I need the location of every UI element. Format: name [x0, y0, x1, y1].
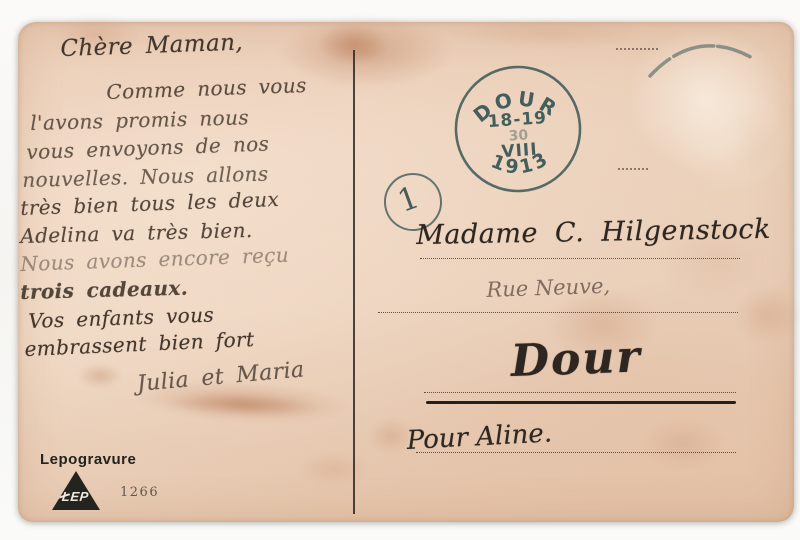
address-dotted-line [424, 392, 736, 393]
stain-blob [448, 18, 648, 48]
address-dotted-line [416, 452, 736, 453]
address-city: Dour [510, 331, 642, 387]
address-dotted-line [420, 258, 740, 259]
postmark-dour: DOUR 18-19 30 VIII 1913 [448, 59, 589, 200]
message-line: Comme nous vous [106, 73, 307, 104]
message-line: Adelina va très bien. [20, 218, 253, 248]
address-recipient: Madame C. Hilgenstock [416, 214, 771, 251]
card-number: 1266 [120, 485, 159, 500]
address-note: Pour Aline. [406, 418, 553, 456]
message-line: Nous avons encore reçu [20, 243, 289, 276]
postcard: Chère Maman, Comme nous vous l'avons pro… [18, 22, 794, 522]
message-line: Vos enfants vous [28, 303, 214, 333]
stamp-box-dotted-fragment [616, 48, 658, 50]
address-dotted-line [378, 312, 738, 313]
lep-triangle-logo-icon: LEP [52, 471, 100, 510]
message-line: nouvelles. Nous allons [22, 162, 269, 192]
message-line: trois cadeaux. [20, 276, 188, 304]
stain-blob [298, 452, 370, 486]
stamp-box-dotted-fragment [618, 168, 648, 170]
scan-background: Chère Maman, Comme nous vous l'avons pro… [0, 0, 800, 540]
message-line: embrassent bien fort [24, 327, 255, 361]
stain-blob [78, 364, 122, 388]
message-line: très bien tous les deux [20, 187, 279, 220]
message-line: l'avons promis nous [30, 105, 249, 135]
message-line: vous envoyons de nos [26, 132, 270, 164]
lep-logo-text: LEP [61, 489, 89, 504]
address-street: Rue Neuve, [486, 274, 610, 302]
control-mark-number: 1 [393, 179, 424, 220]
message-greeting: Chère Maman, [60, 30, 243, 62]
address-underline [426, 401, 736, 404]
divider-line [353, 50, 355, 514]
stain-blob [642, 418, 724, 470]
publisher-name: Lepogravure [40, 451, 136, 468]
partial-postmark-arc-icon [636, 26, 796, 96]
